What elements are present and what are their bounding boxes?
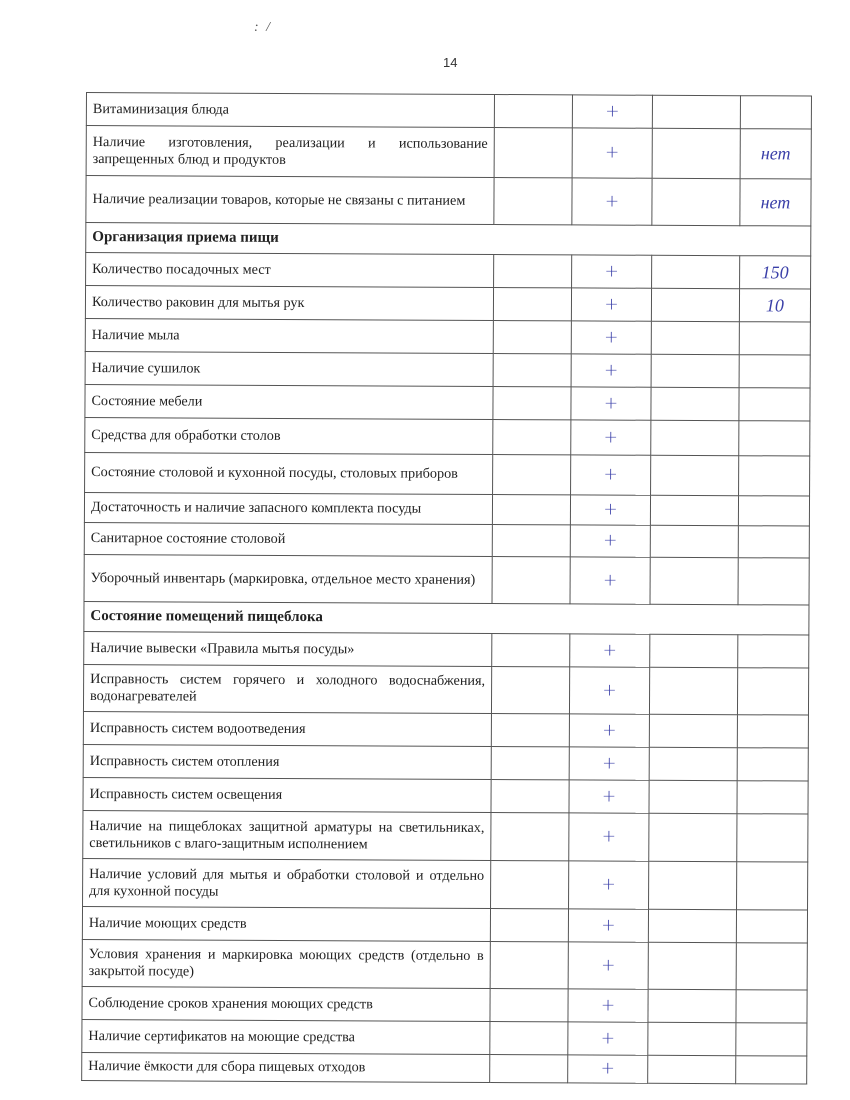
answer-cell-1 — [491, 860, 569, 908]
remark-cell — [737, 781, 808, 814]
check-mark-cell: + — [571, 321, 651, 354]
section-header-row: Организация приема пищи — [86, 223, 811, 257]
checklist-row: Витаминизация блюда+ — [86, 93, 811, 130]
criterion-label: Достаточность и наличие запасного компле… — [84, 492, 492, 524]
checklist-row: Соблюдение сроков хранения моющих средст… — [82, 986, 807, 1023]
check-mark-cell: + — [572, 95, 652, 128]
checklist-row: Условия хранения и маркировка моющих сре… — [82, 939, 807, 990]
answer-cell-3 — [652, 255, 740, 288]
section-title: Организация приема пищи — [86, 223, 811, 257]
answer-cell-1 — [492, 494, 570, 524]
answer-cell-3 — [650, 634, 738, 667]
criterion-label: Уборочный инвентарь (маркировка, отдельн… — [84, 554, 492, 603]
criterion-label: Состояние столовой и кухонной посуды, ст… — [85, 452, 493, 494]
answer-cell-1 — [494, 94, 572, 127]
criterion-label: Наличие сушилок — [85, 351, 493, 386]
checklist-row: Наличие сушилок+ — [85, 351, 810, 388]
answer-cell-3 — [651, 321, 739, 354]
checklist-row: Достаточность и наличие запасного компле… — [84, 492, 809, 526]
remark-cell — [736, 943, 807, 990]
check-mark-cell: + — [569, 861, 649, 909]
stray-pen-marks: : / — [254, 20, 272, 36]
answer-cell-1 — [493, 287, 571, 320]
page-number: 14 — [443, 55, 457, 70]
remark-cell — [740, 96, 811, 129]
remark-cell — [737, 862, 808, 910]
answer-cell-3 — [648, 1055, 736, 1083]
answer-cell-1 — [494, 127, 572, 177]
remark-cell — [739, 388, 810, 421]
answer-cell-1 — [490, 941, 568, 988]
criterion-label: Наличие вывески «Правила мытья посуды» — [84, 631, 492, 666]
remark-cell — [738, 558, 809, 605]
criterion-label: Исправность систем горячего и холодного … — [83, 664, 491, 713]
checklist-row: Уборочный инвентарь (маркировка, отдельн… — [84, 554, 809, 605]
answer-cell-3 — [652, 128, 740, 178]
criterion-label: Наличие изготовления, реализации и испол… — [86, 126, 494, 178]
checklist-row: Наличие мыла+ — [85, 318, 810, 355]
criterion-label: Наличие сертификатов на моющие средства — [82, 1019, 490, 1054]
check-mark-cell: + — [572, 178, 652, 225]
check-mark-cell: + — [571, 354, 651, 387]
answer-cell-3 — [648, 989, 736, 1022]
answer-cell-3 — [651, 387, 739, 420]
answer-cell-3 — [650, 557, 738, 604]
check-mark-cell: + — [571, 387, 651, 420]
checklist-row: Исправность систем освещения+ — [83, 777, 808, 814]
remark-cell — [738, 526, 809, 558]
answer-cell-1 — [491, 812, 569, 860]
check-mark-cell: + — [570, 634, 650, 667]
check-mark-cell: + — [569, 813, 649, 861]
check-mark-cell: + — [571, 288, 651, 321]
answer-cell-3 — [650, 525, 738, 557]
checklist-row: Средства для обработки столов+ — [85, 417, 810, 456]
check-mark-cell: + — [569, 667, 649, 714]
answer-cell-1 — [493, 353, 571, 386]
answer-cell-1 — [493, 419, 571, 454]
criterion-label: Наличие моющих средств — [82, 906, 490, 941]
checklist-row: Наличие условий для мытья и обработки ст… — [83, 858, 808, 910]
answer-cell-3 — [649, 747, 737, 780]
checklist-row: Санитарное состояние столовой+ — [84, 522, 809, 558]
checklist-sheet: Витаминизация блюда+Наличие изготовления… — [81, 92, 811, 1085]
check-mark-cell: + — [571, 420, 651, 455]
answer-cell-3 — [648, 909, 736, 942]
answer-cell-3 — [649, 813, 737, 861]
answer-cell-1 — [494, 254, 572, 287]
check-mark-cell: + — [568, 1055, 648, 1083]
remark-cell — [739, 355, 810, 388]
remark-cell — [736, 990, 807, 1023]
criterion-label: Количество посадочных мест — [86, 253, 494, 288]
remark-cell — [739, 456, 810, 496]
answer-cell-3 — [648, 942, 736, 989]
answer-cell-1 — [492, 556, 570, 603]
remark-cell — [739, 322, 810, 355]
checklist-row: Наличие сертификатов на моющие средства+ — [82, 1019, 807, 1056]
checklist-row: Наличие вывески «Правила мытья посуды»+ — [84, 631, 809, 668]
answer-cell-1 — [493, 386, 571, 419]
answer-cell-1 — [491, 666, 569, 713]
answer-cell-1 — [490, 908, 568, 941]
answer-cell-3 — [651, 455, 739, 495]
answer-cell-1 — [492, 633, 570, 666]
answer-cell-1 — [490, 1054, 568, 1082]
remark-cell — [738, 635, 809, 668]
criterion-label: Средства для обработки столов — [85, 417, 493, 454]
criterion-label: Исправность систем освещения — [83, 777, 491, 812]
check-mark-cell: + — [572, 255, 652, 288]
remark-cell — [737, 814, 808, 862]
answer-cell-1 — [494, 177, 572, 224]
answer-cell-3 — [649, 861, 737, 909]
remark-cell — [738, 496, 809, 526]
check-mark-cell: + — [569, 780, 649, 813]
checklist-row: Исправность систем горячего и холодного … — [83, 664, 808, 715]
criterion-label: Наличие условий для мытья и обработки ст… — [83, 858, 491, 908]
check-mark-cell: + — [570, 557, 650, 604]
remark-cell — [736, 1023, 807, 1056]
check-mark-cell: + — [570, 525, 650, 557]
remark-cell — [739, 421, 810, 456]
answer-cell-1 — [491, 779, 569, 812]
remark-cell: нет — [740, 129, 811, 179]
answer-cell-3 — [650, 495, 738, 525]
check-mark-cell: + — [568, 989, 648, 1022]
check-mark-cell: + — [570, 495, 650, 525]
check-mark-cell: + — [572, 128, 652, 178]
criterion-label: Соблюдение сроков хранения моющих средст… — [82, 986, 490, 1021]
check-mark-cell: + — [568, 1022, 648, 1055]
answer-cell-1 — [493, 454, 571, 494]
answer-cell-1 — [491, 746, 569, 779]
criterion-label: Условия хранения и маркировка моющих сре… — [82, 939, 490, 988]
section-title: Состояние помещений пищеблока — [84, 601, 809, 635]
criterion-label: Наличие мыла — [85, 318, 493, 353]
remark-cell — [737, 748, 808, 781]
check-mark-cell: + — [571, 455, 651, 495]
checklist-row: Количество посадочных мест+150 — [86, 253, 811, 290]
remark-cell — [737, 668, 808, 715]
answer-cell-3 — [649, 714, 737, 747]
checklist-row: Исправность систем отопления+ — [83, 744, 808, 781]
remark-cell: 10 — [739, 289, 810, 322]
answer-cell-3 — [649, 667, 737, 714]
criterion-label: Наличие реализации товаров, которые не с… — [86, 176, 494, 225]
answer-cell-3 — [648, 1022, 736, 1055]
answer-cell-1 — [492, 524, 570, 556]
criterion-label: Санитарное состояние столовой — [84, 522, 492, 556]
answer-cell-1 — [490, 988, 568, 1021]
checklist-row: Состояние мебели+ — [85, 384, 810, 421]
remark-cell — [737, 715, 808, 748]
remark-cell: 150 — [740, 256, 811, 289]
checklist-row: Исправность систем водоотведения+ — [83, 711, 808, 748]
checklist-row: Наличие на пищеблоках защитной арматуры … — [83, 810, 808, 862]
answer-cell-1 — [491, 713, 569, 746]
answer-cell-1 — [490, 1021, 568, 1054]
criterion-label: Количество раковин для мытья рук — [85, 286, 493, 321]
criterion-label: Исправность систем водоотведения — [83, 711, 491, 746]
inspection-checklist-table: Витаминизация блюда+Наличие изготовления… — [81, 92, 812, 1085]
section-header-row: Состояние помещений пищеблока — [84, 601, 809, 635]
check-mark-cell: + — [568, 909, 648, 942]
checklist-row: Количество раковин для мытья рук+10 — [85, 286, 810, 323]
checklist-row: Наличие ёмкости для сбора пищевых отходо… — [82, 1052, 807, 1084]
answer-cell-3 — [649, 780, 737, 813]
answer-cell-3 — [652, 95, 740, 128]
checklist-row: Состояние столовой и кухонной посуды, ст… — [85, 452, 810, 496]
answer-cell-3 — [651, 354, 739, 387]
check-mark-cell: + — [569, 747, 649, 780]
remark-cell — [736, 910, 807, 943]
answer-cell-3 — [652, 178, 740, 225]
check-mark-cell: + — [568, 942, 648, 989]
checklist-row: Наличие реализации товаров, которые не с… — [86, 176, 811, 227]
checklist-row: Наличие изготовления, реализации и испол… — [86, 126, 811, 180]
remark-cell: нет — [740, 179, 811, 226]
check-mark-cell: + — [569, 714, 649, 747]
answer-cell-3 — [651, 288, 739, 321]
checklist-row: Наличие моющих средств+ — [82, 906, 807, 943]
criterion-label: Состояние мебели — [85, 384, 493, 419]
answer-cell-1 — [493, 320, 571, 353]
answer-cell-3 — [651, 420, 739, 455]
criterion-label: Исправность систем отопления — [83, 744, 491, 779]
criterion-label: Наличие на пищеблоках защитной арматуры … — [83, 810, 491, 860]
criterion-label: Наличие ёмкости для сбора пищевых отходо… — [82, 1052, 490, 1082]
remark-cell — [736, 1056, 807, 1084]
criterion-label: Витаминизация блюда — [86, 93, 494, 128]
checklist-body: Витаминизация блюда+Наличие изготовления… — [82, 93, 812, 1085]
